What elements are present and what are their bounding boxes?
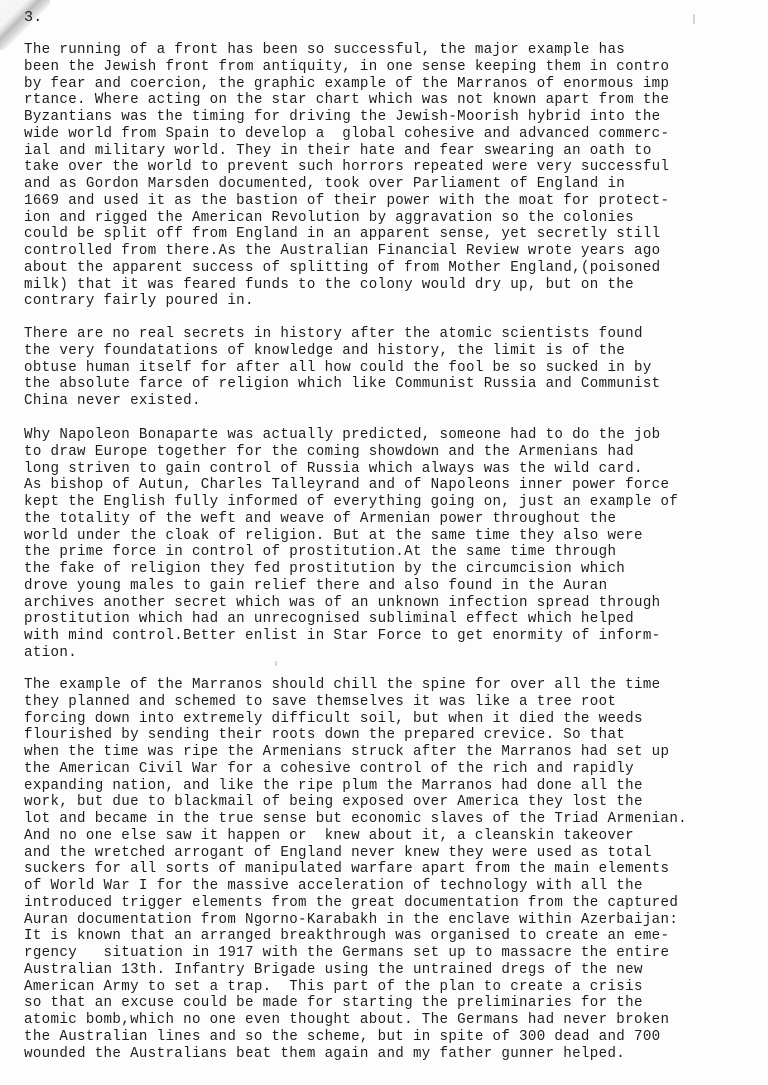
text-line: work, but due to blackmail of being expo… (24, 794, 757, 811)
text-line: Australian 13th. Infantry Brigade using … (24, 962, 757, 979)
text-line: take over the world to prevent such horr… (24, 159, 757, 176)
text-line: As bishop of Autun, Charles Talleyrand a… (24, 477, 757, 494)
text-line: suckers for all sorts of manipulated war… (24, 861, 757, 878)
text-line: the prime force in control of prostituti… (24, 544, 757, 561)
text-line: the totality of the weft and weave of Ar… (24, 511, 757, 528)
text-line: 1669 and used it as the bastion of their… (24, 193, 757, 210)
paragraph-4: The example of the Marranos should chill… (24, 677, 757, 1062)
text-line: of World War I for the massive accelerat… (24, 878, 757, 895)
text-line: long striven to gain control of Russia w… (24, 461, 757, 478)
text-line: introduced trigger elements from the gre… (24, 895, 757, 912)
text-line: milk) that it was feared funds to the co… (24, 277, 757, 294)
text-line: the American Civil War for a cohesive co… (24, 761, 757, 778)
text-line: the Australian lines and so the scheme, … (24, 1029, 757, 1046)
text-line: by fear and coercion, the graphic exampl… (24, 76, 757, 93)
text-line: There are no real secrets in history aft… (24, 326, 757, 343)
text-line: world under the cloak of religion. But a… (24, 528, 757, 545)
text-line: so that an excuse could be made for star… (24, 995, 757, 1012)
text-line: It is known that an arranged breakthroug… (24, 928, 757, 945)
text-line: and the wretched arrogant of England nev… (24, 845, 757, 862)
text-line: Auran documentation from Ngorno-Karabakh… (24, 912, 757, 929)
text-line: expanding nation, and like the ripe plum… (24, 778, 757, 795)
text-line: kept the English fully informed of every… (24, 494, 757, 511)
scan-speck (693, 14, 695, 24)
text-line: wide world from Spain to develop a globa… (24, 126, 757, 143)
text-line: American Army to set a trap. This part o… (24, 979, 757, 996)
text-line: prostitution which had an unrecognised s… (24, 611, 757, 628)
paragraph-2: There are no real secrets in history aft… (24, 326, 757, 410)
text-line: been the Jewish front from antiquity, in… (24, 59, 757, 76)
text-line: controlled from there.As the Australian … (24, 243, 757, 260)
text-line: flourished by sending their roots down t… (24, 727, 757, 744)
text-line: the very foundatations of knowledge and … (24, 343, 757, 360)
text-line: ial and military world. They in their ha… (24, 143, 757, 160)
text-line: Why Napoleon Bonaparte was actually pred… (24, 427, 757, 444)
text-line: China never existed. (24, 393, 757, 410)
paragraph-3: Why Napoleon Bonaparte was actually pred… (24, 427, 757, 662)
text-line: The running of a front has been so succe… (24, 42, 757, 59)
text-line: could be split off from England in an ap… (24, 226, 757, 243)
paragraph-1: The running of a front has been so succe… (24, 42, 757, 310)
page-number: 3. (24, 9, 43, 26)
text-line: lot and became in the true sense but eco… (24, 811, 757, 828)
text-line: and as Gordon Marsden documented, took o… (24, 176, 757, 193)
text-line: drove young males to gain relief there a… (24, 578, 757, 595)
text-line: rgency situation in 1917 with the German… (24, 945, 757, 962)
text-line: archives another secret which was of an … (24, 595, 757, 612)
text-line: atomic bomb,which no one even thought ab… (24, 1012, 757, 1029)
text-line: to draw Europe together for the coming s… (24, 444, 757, 461)
text-line: about the apparent success of splitting … (24, 260, 757, 277)
text-line: ion and rigged the American Revolution b… (24, 210, 757, 227)
text-line: And no one else saw it happen or knew ab… (24, 828, 757, 845)
text-line: obtuse human itself for after all how co… (24, 360, 757, 377)
text-line: when the time was ripe the Armenians str… (24, 744, 757, 761)
text-line: The example of the Marranos should chill… (24, 677, 757, 694)
text-line: rtance. Where acting on the star chart w… (24, 92, 757, 109)
text-line: with mind control.Better enlist in Star … (24, 628, 757, 645)
text-line: they planned and schemed to save themsel… (24, 694, 757, 711)
scan-speck (275, 661, 277, 666)
text-line: Byzantians was the timing for driving th… (24, 109, 757, 126)
text-line: forcing down into extremely difficult so… (24, 711, 757, 728)
document-page: 3. The running of a front has been so su… (0, 0, 768, 1085)
text-line: wounded the Australians beat them again … (24, 1046, 757, 1063)
text-line: ation. (24, 645, 757, 662)
text-line: the absolute farce of religion which lik… (24, 376, 757, 393)
text-line: the fake of religion they fed prostituti… (24, 561, 757, 578)
text-line: contrary fairly poured in. (24, 293, 757, 310)
